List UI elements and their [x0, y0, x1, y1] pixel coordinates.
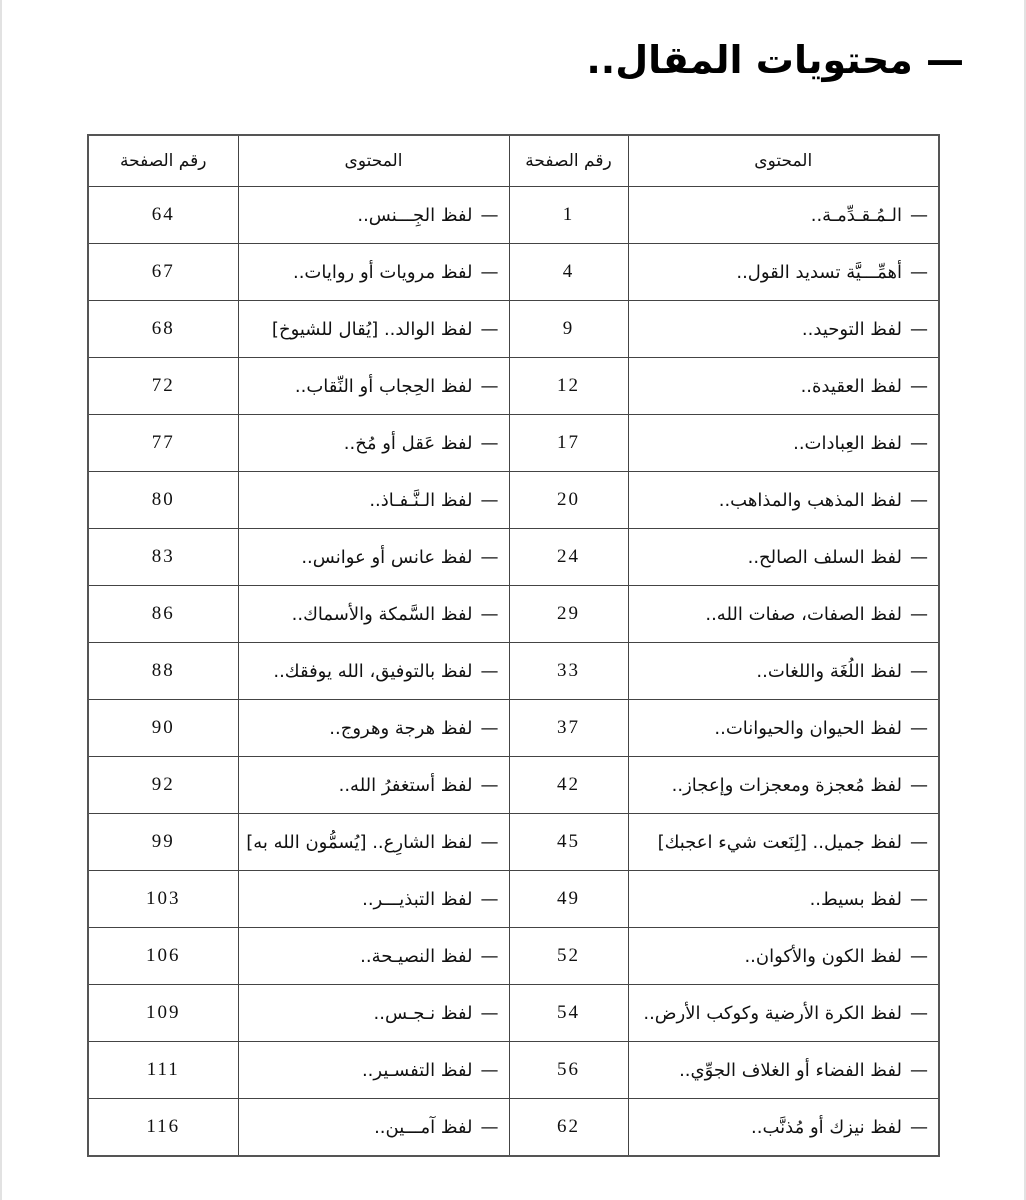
entry-page-right: 56	[509, 1042, 628, 1099]
entry-dash: —	[910, 262, 928, 283]
entry-dash: —	[481, 889, 499, 910]
entry-dash: —	[481, 718, 499, 739]
table-row: —لفظ نيزك أو مُذنَّب..62—لفظ آمـــين..11…	[88, 1099, 939, 1157]
entry-dash: —	[910, 433, 928, 454]
entry-title: لفظ اللُغَة واللغات..	[756, 661, 902, 682]
entry-title: لفظ التفسـير..	[362, 1060, 473, 1081]
entry-dash: —	[910, 832, 928, 853]
table-row: —لفظ التوحيد..9—لفظ الوالد.. [يُقال للشي…	[88, 301, 939, 358]
entry-title: لفظ بسيط..	[810, 889, 902, 910]
entry-page-right: 9	[509, 301, 628, 358]
entry-content-right: —لفظ نيزك أو مُذنَّب..	[628, 1099, 939, 1157]
entry-content-right: —لفظ الصفات، صفات الله..	[628, 586, 939, 643]
entry-page-right: 17	[509, 415, 628, 472]
entry-content-left: —لفظ النصيـحة..	[238, 928, 509, 985]
entry-title: الـمُـقـدِّمـة..	[811, 205, 902, 226]
table-body: —الـمُـقـدِّمـة..1—لفظ الجِـــنس..64—أهم…	[88, 187, 939, 1157]
entry-page-right: 4	[509, 244, 628, 301]
entry-page-left: 109	[88, 985, 238, 1042]
entry-content-left: —لفظ مرويات أو روايات..	[238, 244, 509, 301]
table-header-row: المحتوى رقم الصفحة المحتوى رقم الصفحة	[88, 135, 939, 187]
entry-page-right: 24	[509, 529, 628, 586]
entry-content-right: —لفظ السلف الصالح..	[628, 529, 939, 586]
entry-dash: —	[910, 604, 928, 625]
entry-title: لفظ الصفات، صفات الله..	[705, 604, 902, 625]
entry-page-left: 111	[88, 1042, 238, 1099]
entry-dash: —	[481, 604, 499, 625]
page-title: — محتويات المقال..	[586, 30, 964, 90]
entry-page-left: 99	[88, 814, 238, 871]
entry-title: لفظ الحيوان والحيوانات..	[714, 718, 902, 739]
header-content-left: المحتوى	[238, 135, 509, 187]
table-row: —لفظ بسيط..49—لفظ التبذيـــر..103	[88, 871, 939, 928]
entry-content-left: —لفظ التفسـير..	[238, 1042, 509, 1099]
entry-title: لفظ أستغفرُ الله..	[339, 775, 473, 796]
entry-title: لفظ عَقل أو مُخ..	[344, 433, 473, 454]
table-row: —لفظ العقيدة..12—لفظ الحِجاب أو النِّقاب…	[88, 358, 939, 415]
entry-dash: —	[481, 433, 499, 454]
entry-content-left: —لفظ الحِجاب أو النِّقاب..	[238, 358, 509, 415]
entry-content-right: —لفظ بسيط..	[628, 871, 939, 928]
entry-page-right: 52	[509, 928, 628, 985]
entry-title: لفظ نيزك أو مُذنَّب..	[751, 1117, 902, 1138]
entry-page-right: 37	[509, 700, 628, 757]
table-row: —لفظ الفضاء أو الغلاف الجوِّي..56—لفظ ال…	[88, 1042, 939, 1099]
entry-title: لفظ الشارِع.. [يُسمُّون الله به]	[246, 832, 472, 853]
entry-content-left: —لفظ التبذيـــر..	[238, 871, 509, 928]
entry-content-right: —أهمِّـــيَّة تسديد القول..	[628, 244, 939, 301]
entry-page-left: 86	[88, 586, 238, 643]
entry-content-left: —لفظ السَّمكة والأسماك..	[238, 586, 509, 643]
entry-dash: —	[481, 262, 499, 283]
header-page-right: رقم الصفحة	[509, 135, 628, 187]
entry-page-left: 68	[88, 301, 238, 358]
entry-page-left: 77	[88, 415, 238, 472]
entry-dash: —	[910, 205, 928, 226]
entry-content-left: —لفظ أستغفرُ الله..	[238, 757, 509, 814]
entry-dash: —	[481, 490, 499, 511]
header-page-left: رقم الصفحة	[88, 135, 238, 187]
entry-page-right: 29	[509, 586, 628, 643]
entry-title: لفظ مُعجزة ومعجزات وإعجاز..	[672, 775, 902, 796]
entry-content-left: —لفظ الوالد.. [يُقال للشيوخ]	[238, 301, 509, 358]
entry-title: لفظ الفضاء أو الغلاف الجوِّي..	[679, 1060, 902, 1081]
entry-title: لفظ آمـــين..	[374, 1117, 472, 1138]
entry-content-left: —لفظ عَقل أو مُخ..	[238, 415, 509, 472]
entry-dash: —	[481, 1003, 499, 1024]
entry-dash: —	[910, 1003, 928, 1024]
entry-dash: —	[910, 718, 928, 739]
table-row: —أهمِّـــيَّة تسديد القول..4—لفظ مرويات …	[88, 244, 939, 301]
entry-page-right: 33	[509, 643, 628, 700]
table-row: —لفظ مُعجزة ومعجزات وإعجاز..42—لفظ أستغف…	[88, 757, 939, 814]
entry-page-right: 1	[509, 187, 628, 244]
entry-dash: —	[910, 1060, 928, 1081]
entry-dash: —	[910, 547, 928, 568]
entry-title: لفظ جميل.. [لِنَعت شيء اعجبك]	[658, 832, 902, 853]
entry-title: لفظ التوحيد..	[802, 319, 902, 340]
entry-content-right: —لفظ اللُغَة واللغات..	[628, 643, 939, 700]
entry-dash: —	[481, 376, 499, 397]
entry-dash: —	[910, 661, 928, 682]
entry-dash: —	[910, 490, 928, 511]
entry-page-right: 42	[509, 757, 628, 814]
entry-title: لفظ المذهب والمذاهب..	[719, 490, 902, 511]
entry-content-right: —لفظ الفضاء أو الغلاف الجوِّي..	[628, 1042, 939, 1099]
entry-page-left: 67	[88, 244, 238, 301]
entry-dash: —	[910, 889, 928, 910]
entry-content-right: —لفظ المذهب والمذاهب..	[628, 472, 939, 529]
entry-page-left: 106	[88, 928, 238, 985]
entry-content-right: —لفظ العقيدة..	[628, 358, 939, 415]
entry-page-left: 83	[88, 529, 238, 586]
entry-title: لفظ الجِـــنس..	[357, 205, 472, 226]
entry-page-right: 45	[509, 814, 628, 871]
entry-title: لفظ العِبادات..	[793, 433, 902, 454]
entry-title: لفظ هرجة وهروج..	[329, 718, 472, 739]
entry-title: أهمِّـــيَّة تسديد القول..	[736, 262, 902, 283]
entry-dash: —	[481, 832, 499, 853]
entry-title: لفظ النصيـحة..	[360, 946, 472, 967]
entry-title: لفظ عانس أو عوانس..	[301, 547, 472, 568]
entry-page-right: 20	[509, 472, 628, 529]
entry-content-right: —لفظ الكرة الأرضية وكوكب الأرض..	[628, 985, 939, 1042]
table-row: —لفظ الكرة الأرضية وكوكب الأرض..54—لفظ ن…	[88, 985, 939, 1042]
table-row: —لفظ المذهب والمذاهب..20—لفظ الـنَّـفـاذ…	[88, 472, 939, 529]
table-row: —لفظ السلف الصالح..24—لفظ عانس أو عوانس.…	[88, 529, 939, 586]
entry-title: لفظ الـنَّـفـاذ..	[369, 490, 472, 511]
entry-content-right: —لفظ العِبادات..	[628, 415, 939, 472]
entry-dash: —	[481, 319, 499, 340]
page-edge-left	[0, 0, 2, 1200]
entry-title: لفظ نـجـس..	[374, 1003, 473, 1024]
entry-dash: —	[910, 376, 928, 397]
entry-title: لفظ الكون والأكوان..	[744, 946, 902, 967]
entry-dash: —	[481, 946, 499, 967]
entry-page-left: 72	[88, 358, 238, 415]
entry-dash: —	[481, 775, 499, 796]
entry-content-left: —لفظ آمـــين..	[238, 1099, 509, 1157]
table-row: —لفظ الصفات، صفات الله..29—لفظ السَّمكة …	[88, 586, 939, 643]
table-row: —لفظ جميل.. [لِنَعت شيء اعجبك]45—لفظ الش…	[88, 814, 939, 871]
entry-title: لفظ بالتوفيق، الله يوفقك..	[273, 661, 472, 682]
entry-title: لفظ السلف الصالح..	[748, 547, 902, 568]
entry-page-left: 90	[88, 700, 238, 757]
table-row: —لفظ الحيوان والحيوانات..37—لفظ هرجة وهر…	[88, 700, 939, 757]
entry-content-left: —لفظ الشارِع.. [يُسمُّون الله به]	[238, 814, 509, 871]
entry-title: لفظ الوالد.. [يُقال للشيوخ]	[272, 319, 473, 340]
entry-page-left: 92	[88, 757, 238, 814]
entry-dash: —	[910, 1117, 928, 1138]
entry-page-left: 80	[88, 472, 238, 529]
entry-dash: —	[481, 205, 499, 226]
entry-content-right: —لفظ الكون والأكوان..	[628, 928, 939, 985]
entry-content-left: —لفظ الجِـــنس..	[238, 187, 509, 244]
table-row: —لفظ العِبادات..17—لفظ عَقل أو مُخ..77	[88, 415, 939, 472]
entry-title: لفظ العقيدة..	[801, 376, 902, 397]
entry-page-left: 64	[88, 187, 238, 244]
header-content-right: المحتوى	[628, 135, 939, 187]
table-of-contents: المحتوى رقم الصفحة المحتوى رقم الصفحة —ا…	[87, 134, 940, 1157]
entry-dash: —	[910, 775, 928, 796]
entry-content-right: —لفظ التوحيد..	[628, 301, 939, 358]
entry-page-left: 116	[88, 1099, 238, 1157]
entry-content-left: —لفظ الـنَّـفـاذ..	[238, 472, 509, 529]
table-row: —لفظ اللُغَة واللغات..33—لفظ بالتوفيق، ا…	[88, 643, 939, 700]
entry-title: لفظ مرويات أو روايات..	[293, 262, 473, 283]
entry-title: لفظ التبذيـــر..	[362, 889, 472, 910]
entry-title: لفظ السَّمكة والأسماك..	[292, 604, 473, 625]
table-row: —الـمُـقـدِّمـة..1—لفظ الجِـــنس..64	[88, 187, 939, 244]
entry-dash: —	[910, 319, 928, 340]
entry-title: لفظ الكرة الأرضية وكوكب الأرض..	[643, 1003, 902, 1024]
entry-dash: —	[481, 1117, 499, 1138]
entry-page-left: 103	[88, 871, 238, 928]
entry-content-left: —لفظ بالتوفيق، الله يوفقك..	[238, 643, 509, 700]
entry-content-left: —لفظ نـجـس..	[238, 985, 509, 1042]
entry-content-right: —لفظ الحيوان والحيوانات..	[628, 700, 939, 757]
entry-page-right: 49	[509, 871, 628, 928]
entry-dash: —	[481, 661, 499, 682]
entry-content-left: —لفظ هرجة وهروج..	[238, 700, 509, 757]
entry-content-right: —الـمُـقـدِّمـة..	[628, 187, 939, 244]
entry-page-right: 62	[509, 1099, 628, 1157]
entry-content-right: —لفظ جميل.. [لِنَعت شيء اعجبك]	[628, 814, 939, 871]
entry-dash: —	[481, 1060, 499, 1081]
entry-content-left: —لفظ عانس أو عوانس..	[238, 529, 509, 586]
entry-page-right: 54	[509, 985, 628, 1042]
entry-dash: —	[481, 547, 499, 568]
entry-title: لفظ الحِجاب أو النِّقاب..	[295, 376, 473, 397]
table-row: —لفظ الكون والأكوان..52—لفظ النصيـحة..10…	[88, 928, 939, 985]
entry-dash: —	[910, 946, 928, 967]
entry-page-left: 88	[88, 643, 238, 700]
entry-content-right: —لفظ مُعجزة ومعجزات وإعجاز..	[628, 757, 939, 814]
entry-page-right: 12	[509, 358, 628, 415]
